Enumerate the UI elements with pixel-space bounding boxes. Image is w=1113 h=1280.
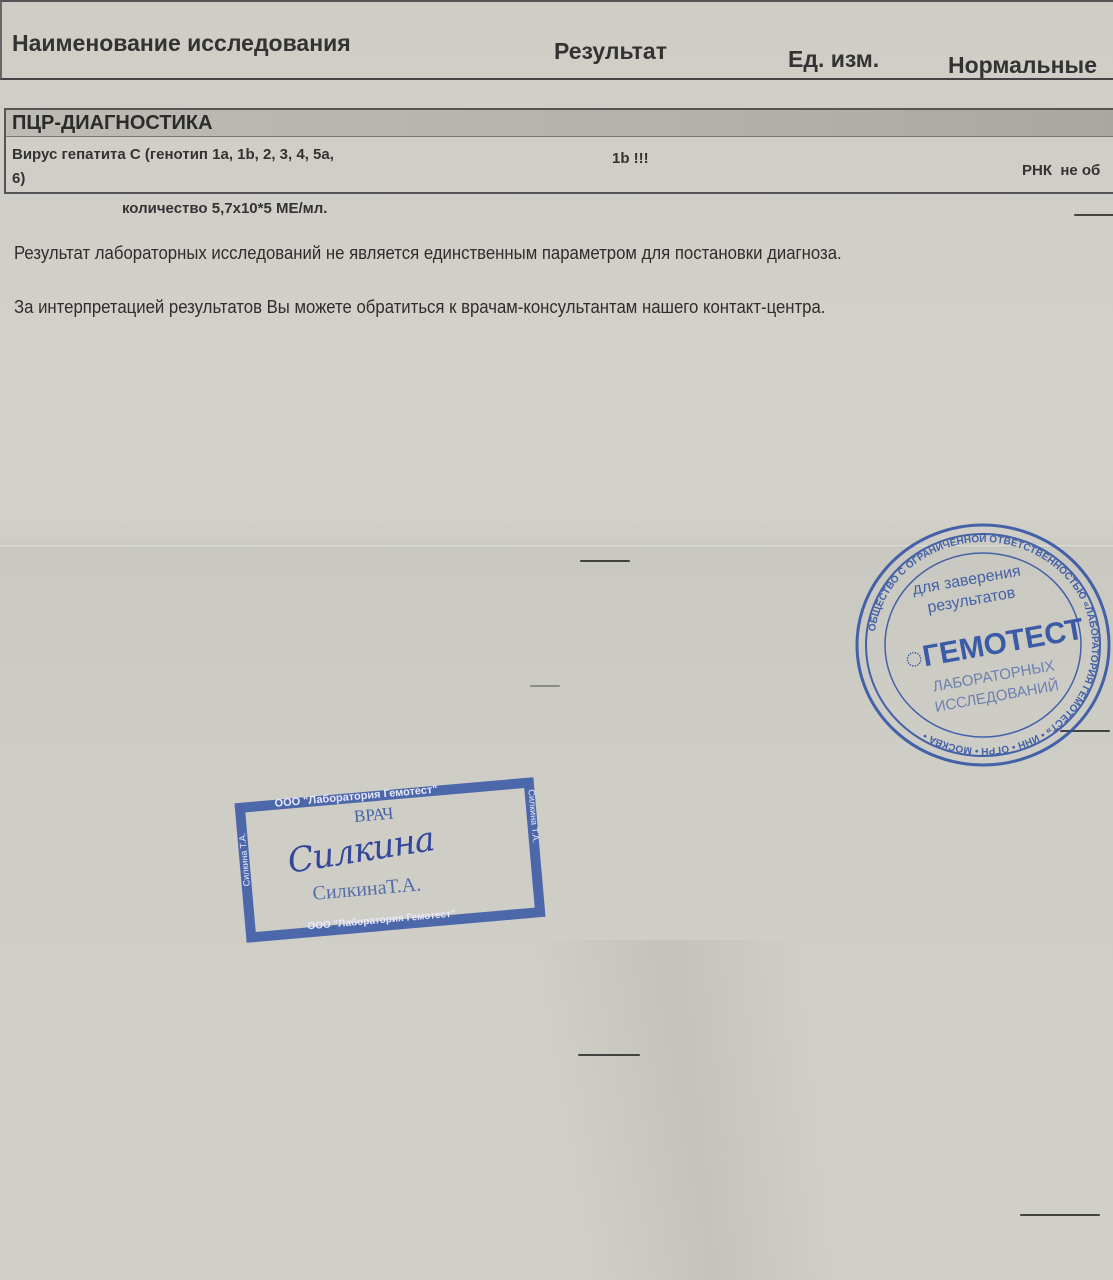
normal-value: РНК не об [1022,162,1100,179]
dash-mark [530,685,560,687]
dash-mark [578,1054,640,1056]
dash-mark [580,560,630,562]
disclaimer-note: Результат лабораторных исследований не я… [14,243,842,264]
table-header: Наименование исследования Результат Ед. … [0,0,1113,80]
doctor-stamp: ООО "Лаборатория Гемотест" Силкина Т.А. … [234,777,545,943]
round-seal-stamp: ОБЩЕСТВО С ОГРАНИЧЕННОЙ ОТВЕТСТВЕННОСТЬЮ… [852,520,1113,770]
virus-quantity: количество 5,7х10*5 МЕ/мл. [122,200,327,217]
section-title: ПЦР-ДИАГНОСТИКА [12,112,213,135]
section-bar: ПЦР-ДИАГНОСТИКА [6,110,1113,137]
pcr-section: ПЦР-ДИАГНОСТИКА Вирус гепатита С (геноти… [4,108,1113,194]
header-test-name: Наименование исследования [12,30,351,57]
header-normal: Нормальные [948,52,1097,79]
header-result: Результат [554,38,667,65]
stamp-title: ВРАЧ [353,804,394,827]
test-name-cont: 6) [12,170,25,187]
test-result: 1b !!! [612,150,649,167]
dash-mark [1020,1214,1100,1216]
header-units: Ед. изм. [788,46,879,73]
paper-shadow [536,940,844,1280]
test-name: Вирус гепатита С (генотип 1a, 1b, 2, 3, … [12,146,334,163]
dash-mark [1074,214,1113,216]
contact-note: За интерпретацией результатов Вы можете … [14,297,825,318]
